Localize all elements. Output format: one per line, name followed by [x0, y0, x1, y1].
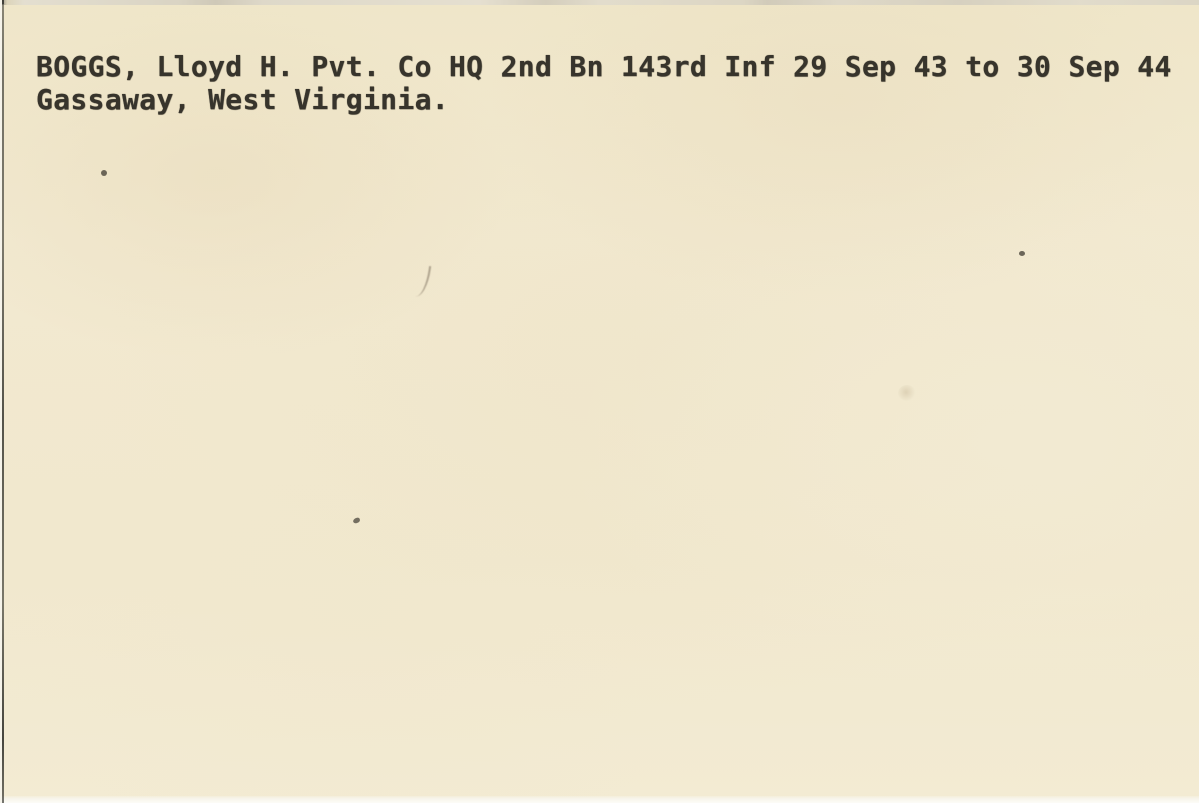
scan-edge-left-line — [2, 0, 4, 803]
card-line-hometown: Gassaway, West Virginia. — [36, 83, 1186, 116]
ink-speck — [1019, 251, 1025, 256]
card-line-service-record: BOGGS, Lloyd H. Pvt. Co HQ 2nd Bn 143rd … — [36, 50, 1186, 83]
scan-edge-top — [0, 0, 1199, 5]
ink-speck — [101, 170, 107, 176]
scan-edge-bottom — [0, 796, 1199, 803]
typewritten-text-block: BOGGS, Lloyd H. Pvt. Co HQ 2nd Bn 143rd … — [36, 50, 1186, 116]
faint-pencil-mark — [411, 264, 431, 298]
scanned-index-card: BOGGS, Lloyd H. Pvt. Co HQ 2nd Bn 143rd … — [0, 0, 1199, 803]
paper-smudge — [898, 385, 916, 401]
ink-speck — [352, 517, 360, 524]
